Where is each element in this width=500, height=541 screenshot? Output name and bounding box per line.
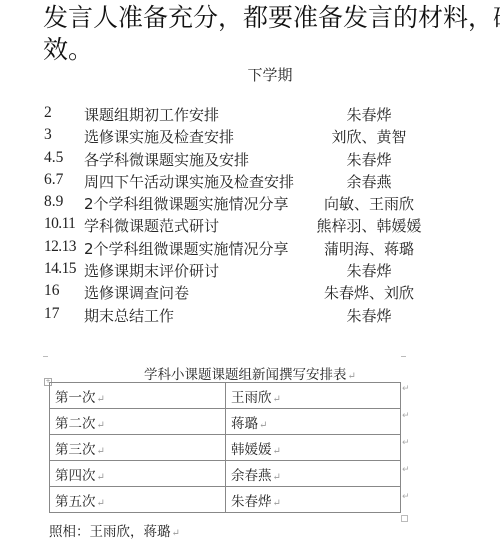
paragraph-mark-icon: ↵ <box>97 420 105 431</box>
paragraph-mark-icon: ↵ <box>273 446 281 457</box>
schedule-row: 10.11学科微课题范式研讨熊梓羽、韩媛媛 <box>44 215 484 237</box>
schedule-topic: 课题组期初工作安排 <box>84 104 219 125</box>
schedule-owner: 刘欣、黄智 <box>294 126 444 147</box>
paragraph-mark-icon: ↵ <box>273 394 281 405</box>
page-corner-mark <box>43 356 48 357</box>
writer-name: 余春燕 <box>231 468 272 483</box>
schedule-topic: 各学科微课题实施及安排 <box>84 149 249 170</box>
table-row: 第三次↵ 韩媛媛↵ <box>50 435 401 461</box>
schedule-owner: 朱春烨 <box>294 260 444 281</box>
round-cell[interactable]: 第二次↵ <box>50 409 226 435</box>
schedule-row: 17期末总结工作朱春烨 <box>44 305 484 327</box>
schedule-topic: 选修课期末评价研讨 <box>84 260 219 281</box>
intro-paragraph: 发言人准备充分，都要准备发言的材料，确 效。 <box>43 2 500 66</box>
week-number: 3 <box>44 126 84 144</box>
writer-name: 王雨欣 <box>231 390 272 405</box>
schedule-topic: 学科微课题范式研讨 <box>84 215 219 236</box>
round-cell[interactable]: 第三次↵ <box>50 435 226 461</box>
table-resize-handle-icon[interactable] <box>401 515 408 522</box>
round-label: 第四次 <box>55 468 96 483</box>
schedule-owner: 余春燕 <box>294 171 444 192</box>
round-label: 第一次 <box>55 390 96 405</box>
schedule-owner: 向敏、王雨欣 <box>294 193 444 214</box>
row-end-mark-icon: ↵ <box>402 438 410 448</box>
row-end-mark-icon: ↵ <box>402 465 410 475</box>
photo-credit: 照相：王雨欣，蒋璐↵ <box>49 520 180 540</box>
schedule-list: 2课题组期初工作安排朱春烨 3选修课实施及检查安排刘欣、黄智 4.5各学科微课题… <box>44 104 484 327</box>
schedule-row: 12.132个学科组微课题实施情况分享蒲明海、蒋璐 <box>44 238 484 260</box>
writer-cell[interactable]: 韩媛媛↵ <box>226 435 401 461</box>
news-schedule-table: 第一次↵ 王雨欣↵ 第二次↵ 蒋璐↵ 第三次↵ 韩媛媛↵ 第四次↵ 余春燕↵ 第… <box>49 382 401 513</box>
paragraph-mark-icon: ↵ <box>273 472 281 483</box>
writer-cell[interactable]: 余春燕↵ <box>226 461 401 487</box>
row-end-mark-icon: ↵ <box>402 411 410 421</box>
paragraph-mark-icon: ↵ <box>348 371 356 382</box>
paragraph-mark-icon: ↵ <box>97 446 105 457</box>
round-label: 第五次 <box>55 494 96 509</box>
schedule-topic: 2个学科组微课题实施情况分享 <box>84 238 289 259</box>
paragraph-mark-icon: ↵ <box>259 420 267 431</box>
schedule-row: 2课题组期初工作安排朱春烨 <box>44 104 484 126</box>
table-row: 第五次↵ 朱春烨↵ <box>50 487 401 513</box>
row-end-mark-icon: ↵ <box>402 492 410 502</box>
week-number: 14.15 <box>44 260 84 278</box>
week-number: 2 <box>44 104 84 122</box>
schedule-topic: 选修课实施及检查安排 <box>84 126 234 147</box>
photo-credit-text: 照相：王雨欣，蒋璐 <box>49 524 171 539</box>
term-heading: 下学期 <box>0 64 500 85</box>
schedule-row: 16选修课调查问卷朱春烨、刘欣 <box>44 282 484 304</box>
schedule-row: 3选修课实施及检查安排刘欣、黄智 <box>44 126 484 148</box>
week-number: 16 <box>44 282 84 300</box>
schedule-owner: 朱春烨 <box>294 104 444 125</box>
writer-name: 蒋璐 <box>231 416 258 431</box>
schedule-topic: 期末总结工作 <box>84 305 174 326</box>
schedule-topic: 选修课调查问卷 <box>84 282 189 303</box>
row-end-mark-icon: ↵ <box>402 384 410 394</box>
page-corner-mark <box>401 356 406 357</box>
news-table-title: 学科小课题课题组新闻撰写安排表↵ <box>0 363 500 383</box>
week-number: 6.7 <box>44 171 84 189</box>
week-number: 8.9 <box>44 193 84 211</box>
schedule-owner: 朱春烨 <box>294 149 444 170</box>
schedule-row: 14.15选修课期末评价研讨朱春烨 <box>44 260 484 282</box>
news-table-title-text: 学科小课题课题组新闻撰写安排表 <box>144 367 347 382</box>
schedule-topic: 周四下午活动课实施及检查安排 <box>84 171 294 192</box>
table-row: 第二次↵ 蒋璐↵ <box>50 409 401 435</box>
week-number: 12.13 <box>44 238 84 256</box>
round-cell[interactable]: 第五次↵ <box>50 487 226 513</box>
intro-line-1: 发言人准备充分，都要准备发言的材料，确 <box>43 2 500 34</box>
paragraph-mark-icon: ↵ <box>172 528 180 539</box>
week-number: 10.11 <box>44 215 84 233</box>
round-cell[interactable]: 第一次↵ <box>50 383 226 409</box>
schedule-row: 6.7周四下午活动课实施及检查安排余春燕 <box>44 171 484 193</box>
intro-line-2: 效。 <box>43 34 500 66</box>
table-row: 第四次↵ 余春燕↵ <box>50 461 401 487</box>
week-number: 4.5 <box>44 149 84 167</box>
schedule-topic: 2个学科组微课题实施情况分享 <box>84 193 289 214</box>
schedule-row: 8.92个学科组微课题实施情况分享向敏、王雨欣 <box>44 193 484 215</box>
writer-cell[interactable]: 蒋璐↵ <box>226 409 401 435</box>
writer-name: 朱春烨 <box>231 494 272 509</box>
paragraph-mark-icon: ↵ <box>97 472 105 483</box>
round-label: 第三次 <box>55 442 96 457</box>
table-row: 第一次↵ 王雨欣↵ <box>50 383 401 409</box>
week-number: 17 <box>44 305 84 323</box>
round-cell[interactable]: 第四次↵ <box>50 461 226 487</box>
writer-name: 韩媛媛 <box>231 442 272 457</box>
paragraph-mark-icon: ↵ <box>97 498 105 509</box>
schedule-row: 4.5各学科微课题实施及安排朱春烨 <box>44 149 484 171</box>
writer-cell[interactable]: 朱春烨↵ <box>226 487 401 513</box>
paragraph-mark-icon: ↵ <box>97 394 105 405</box>
schedule-owner: 朱春烨 <box>294 305 444 326</box>
paragraph-mark-icon: ↵ <box>273 498 281 509</box>
schedule-owner: 熊梓羽、韩媛媛 <box>294 215 444 236</box>
round-label: 第二次 <box>55 416 96 431</box>
schedule-owner: 蒲明海、蒋璐 <box>294 238 444 259</box>
writer-cell[interactable]: 王雨欣↵ <box>226 383 401 409</box>
schedule-owner: 朱春烨、刘欣 <box>294 282 444 303</box>
